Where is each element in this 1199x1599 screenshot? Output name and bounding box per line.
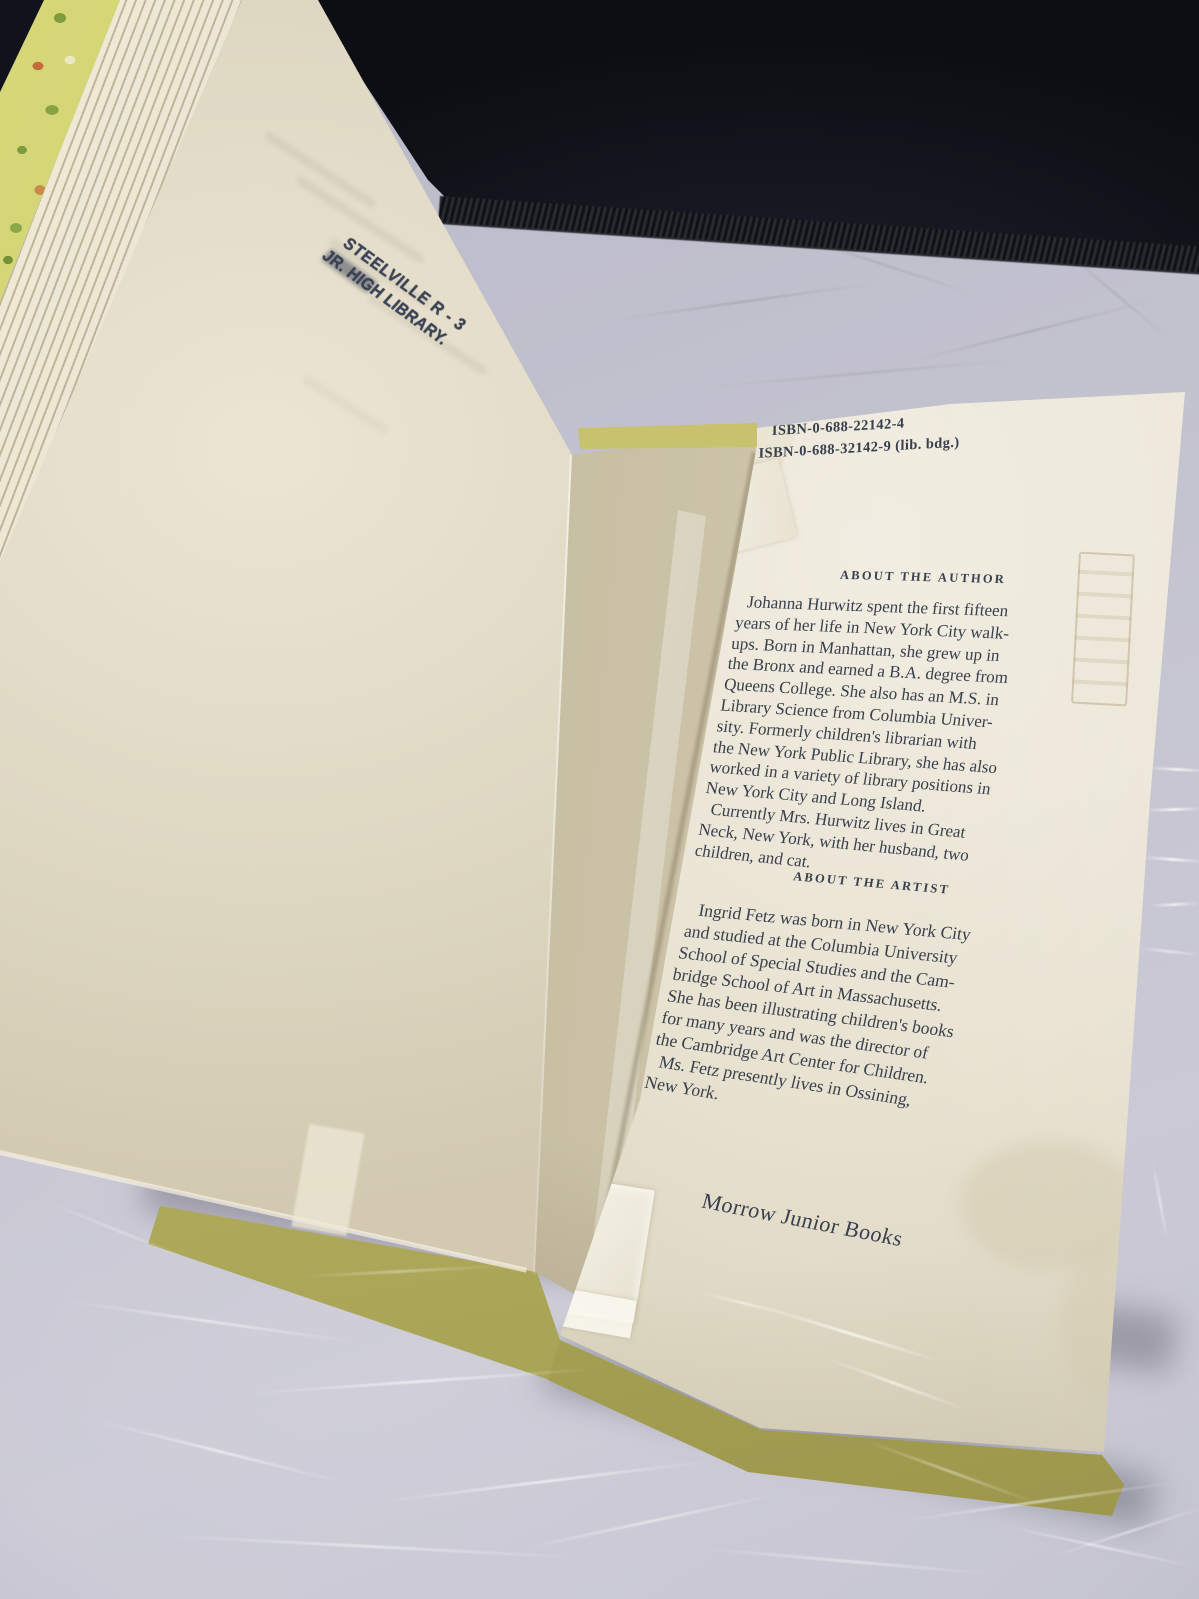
about-the-author-heading: ABOUT THE AUTHOR — [839, 568, 1006, 587]
plastic-crease — [700, 1547, 999, 1576]
plastic-crease — [160, 1534, 580, 1559]
plastic-crease — [1002, 1524, 1198, 1569]
photo-scene: STEELVILLE R - 3 JR. HIGH LIBRARY. ISBN-… — [0, 0, 1199, 1599]
plastic-crease — [250, 1368, 589, 1395]
isbn-text: ISBN-0-688-22142-4ISBN-0-688-32142-9 (li… — [771, 409, 960, 464]
plastic-crease — [93, 1419, 346, 1485]
plastic-crease — [1150, 902, 1199, 908]
plastic-crease — [903, 299, 1156, 365]
plastic-crease — [381, 1460, 709, 1503]
imprint-text: Morrow Junior Books — [699, 1188, 906, 1252]
about-the-author-text: Johanna Hurwitz spent the first fifteeny… — [707, 592, 1080, 873]
plastic-crease — [1152, 1162, 1169, 1241]
plastic-crease — [700, 358, 1019, 389]
plastic-crease — [1142, 856, 1199, 863]
plastic-shine — [759, 1304, 942, 1362]
plastic-crease — [1148, 766, 1199, 772]
plastic-crease — [61, 1299, 358, 1344]
plastic-crease — [1138, 947, 1199, 956]
tape-residue-right — [1071, 552, 1135, 707]
plastic-crease — [523, 1493, 778, 1550]
plastic-crease — [611, 281, 879, 322]
about-the-artist-text: Ingrid Fetz was born in New York Cityand… — [657, 898, 1051, 1126]
plastic-shine — [824, 1356, 966, 1410]
plastic-crease — [1146, 807, 1199, 812]
